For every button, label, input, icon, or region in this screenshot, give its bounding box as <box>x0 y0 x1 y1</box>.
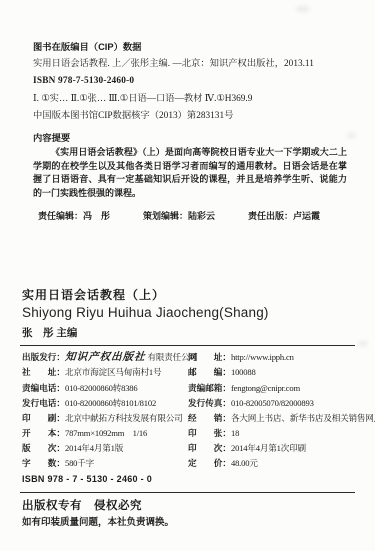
colophon-row: 社 址：北京市海淀区马甸南村1号 邮 编：100088 <box>22 365 357 380</box>
colophon-row: 责编电话：010-82000860转8386 责编邮箱：fengtong@cni… <box>22 381 357 396</box>
colophon-value: 北京市海淀区马甸南村1号 <box>65 367 161 377</box>
cip-heading: 图书在版编目（CIP）数据 <box>33 39 365 56</box>
address-cell: 社 址：北京市海淀区马甸南村1号 <box>22 365 188 380</box>
scan-artifact <box>296 6 310 12</box>
colophon-value: 010-82000860转8386 <box>65 383 138 393</box>
colophon-value: fengtong@cnipr.com <box>231 383 300 393</box>
editor-name: 陆彩云 <box>188 211 215 221</box>
distributor-cell: 经 销：各大网上书店、新华书店及相关销售网点 <box>188 411 375 426</box>
colophon-label: 责编邮箱： <box>188 383 231 393</box>
price-cell: 定 价：48.00元 <box>188 456 357 471</box>
divider-top <box>20 345 355 346</box>
colophon-row: 出版发行：知识产权出版社有限责任公司 网 址：http://www.ipph.c… <box>22 350 357 365</box>
colophon-label: 版 次： <box>22 443 65 453</box>
colophon-value: 580千字 <box>65 458 94 468</box>
cip-isbn: ISBN 978-7-5130-2460-0 <box>33 73 365 90</box>
colophon-value: 2014年4月第1次印刷 <box>231 443 306 453</box>
colophon-label: 发行电话： <box>22 398 65 408</box>
colophon-label: 发行传真： <box>188 398 231 408</box>
editor-name: 卢运霞 <box>293 211 320 221</box>
wordcount-cell: 字 数：580千字 <box>22 456 188 471</box>
editors-row: 责任编辑：冯 彤 策划编辑：陆彩云 责任出版：卢运霞 <box>38 209 320 222</box>
abstract-body: 《实用日语会话教程》（上）是面向高等院校日语专业大一下学期或大二上学期的在校学生… <box>33 146 347 200</box>
copyright-page: 图书在版编目（CIP）数据 实用日语会话教程. 上／张彤主编. —北京：知识产权… <box>0 0 375 551</box>
edition-cell: 版 次：2014年4月第1版 <box>22 441 188 456</box>
exchange-notice: 如有印装质量问题，本社负责调换。 <box>22 517 375 529</box>
publisher-cell: 出版发行：知识产权出版社有限责任公司 <box>22 350 188 365</box>
editor-name: 冯 彤 <box>83 211 110 221</box>
book-title-pinyin: Shiyong Riyu Huihua Jiaocheng(Shang) <box>22 305 375 321</box>
website-url: http://www.ipph.cn <box>231 352 294 362</box>
fax-cell: 发行传真：010-82005070/82000893 <box>188 396 357 411</box>
editor-phone-cell: 责编电话：010-82000860转8386 <box>22 381 188 396</box>
sheets-cell: 印 张：18 <box>188 426 357 441</box>
cip-record-number: 中国版本图书馆CIP数据核字（2013）第283131号 <box>33 108 365 125</box>
colophon-value: 48.00元 <box>231 458 258 468</box>
colophon-label: 责编电话： <box>22 383 65 393</box>
colophon-label: 印 次： <box>188 443 231 453</box>
colophon-label: 印 张： <box>188 428 231 438</box>
postcode-cell: 邮 编：100088 <box>188 365 357 380</box>
editor-label: 责任出版： <box>248 211 293 221</box>
editor-label: 策划编辑： <box>143 211 188 221</box>
colophon-value: 010-82005070/82000893 <box>231 398 314 408</box>
footer-notices: 出版权专有 侵权必究 如有印装质量问题，本社负责调换。 <box>22 499 375 529</box>
cip-entry: 实用日语会话教程. 上／张彤主编. —北京：知识产权出版社，2013.11 <box>33 56 365 73</box>
scan-artifact <box>358 341 368 346</box>
editor-email-cell: 责编邮箱：fengtong@cnipr.com <box>188 381 357 396</box>
format-cell: 开 本：787mm×1092mm 1/16 <box>22 426 188 441</box>
book-title-cn: 实用日语会话教程（上） <box>22 288 375 302</box>
editor-item: 策划编辑：陆彩云 <box>143 209 215 222</box>
colophon-label: 开 本： <box>22 428 65 438</box>
colophon-label: 经 销： <box>188 413 231 423</box>
colophon-value: 各大网上书店、新华书店及相关销售网点 <box>231 413 375 423</box>
book-author: 张 彤 主编 <box>22 327 375 340</box>
title-block: 实用日语会话教程（上） Shiyong Riyu Huihua Jiaochen… <box>22 288 375 340</box>
colophon-value: 18 <box>231 428 239 438</box>
colophon-value: 北京中献拓方科技发展有限公司 <box>65 413 183 423</box>
impression-cell: 印 次：2014年4月第1次印刷 <box>188 441 357 456</box>
colophon-label: 印 刷： <box>22 413 65 423</box>
distribution-phone-cell: 发行电话：010-82000860转8101/8102 <box>22 396 188 411</box>
colophon-row: 版 次：2014年4月第1版 印 次：2014年4月第1次印刷 <box>22 441 357 456</box>
colophon-isbn: ISBN 978 - 7 - 5130 - 2460 - 0 <box>22 472 357 487</box>
cip-block: 图书在版编目（CIP）数据 实用日语会话教程. 上／张彤主编. —北京：知识产权… <box>33 39 365 125</box>
abstract-section: 内容提要 《实用日语会话教程》（上）是面向高等院校日语专业大一下学期或大二上学期… <box>33 131 347 200</box>
editor-item: 责任编辑：冯 彤 <box>38 209 110 222</box>
editor-item: 责任出版：卢运霞 <box>248 209 320 222</box>
printer-cell: 印 刷：北京中献拓方科技发展有限公司 <box>22 411 188 426</box>
colophon-row: 印 刷：北京中献拓方科技发展有限公司 经 销：各大网上书店、新华书店及相关销售网… <box>22 411 357 426</box>
colophon-row: 发行电话：010-82000860转8101/8102 发行传真：010-820… <box>22 396 357 411</box>
colophon-row: 开 本：787mm×1092mm 1/16 印 张：18 <box>22 426 357 441</box>
colophon-label: 出版发行： <box>22 352 65 362</box>
editor-label: 责任编辑： <box>38 211 83 221</box>
publisher-calligraphy: 知识产权出版社 <box>64 350 146 365</box>
colophon-label: 网 址： <box>188 352 231 362</box>
cip-classification: Ⅰ. ①实… Ⅱ.①张… Ⅲ.①日语—口语—教材 Ⅳ.①H369.9 <box>33 91 365 108</box>
colophon-row: 字 数：580千字 定 价：48.00元 <box>22 456 357 471</box>
colophon-value: 2014年4月第1版 <box>65 443 123 453</box>
colophon-label: 邮 编： <box>188 367 231 377</box>
colophon-value: 010-82000860转8101/8102 <box>65 398 156 408</box>
colophon-label: 字 数： <box>22 458 65 468</box>
scan-artifact <box>347 133 356 138</box>
colophon-label: 社 址： <box>22 367 65 377</box>
divider-bottom <box>20 492 355 493</box>
copyright-notice: 出版权专有 侵权必究 <box>22 499 375 513</box>
abstract-heading: 内容提要 <box>33 131 347 145</box>
website-cell: 网 址：http://www.ipph.cn <box>188 350 357 365</box>
colophon-label: 定 价： <box>188 458 231 468</box>
colophon-value: 100088 <box>231 367 256 377</box>
colophon-value: 787mm×1092mm 1/16 <box>65 428 147 438</box>
colophon-table: 出版发行：知识产权出版社有限责任公司 网 址：http://www.ipph.c… <box>22 350 357 487</box>
